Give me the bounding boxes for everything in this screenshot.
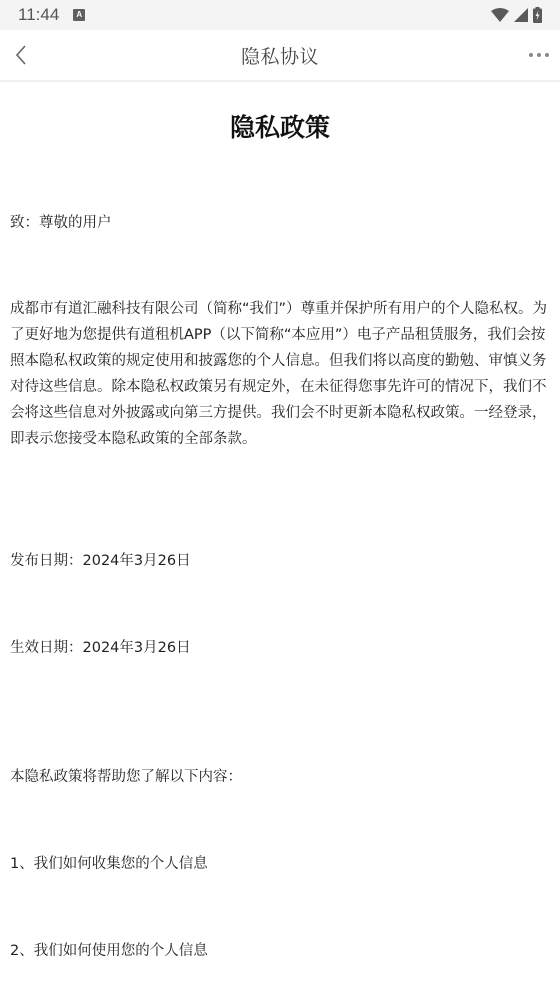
status-time: 11:44 bbox=[18, 5, 59, 25]
nav-bar: 隐私协议 bbox=[0, 30, 560, 82]
back-button[interactable] bbox=[12, 42, 32, 68]
page-title: 隐私协议 bbox=[241, 42, 319, 69]
document-title: 隐私政策 bbox=[0, 108, 560, 144]
wifi-icon bbox=[491, 8, 509, 22]
intro-paragraph: 成都市有道汇融科技有限公司（简称“我们”）尊重并保护所有用户的个人隐私权。为了更… bbox=[10, 296, 550, 452]
battery-charging-icon bbox=[533, 7, 542, 23]
toc-item: 1、我们如何收集您的个人信息 bbox=[10, 851, 550, 877]
signal-icon bbox=[514, 8, 528, 22]
more-button[interactable] bbox=[528, 48, 550, 62]
publish-date: 发布日期：2024年3月26日 bbox=[10, 548, 550, 574]
notification-a-icon: A bbox=[73, 9, 85, 21]
greeting: 致：尊敬的用户 bbox=[10, 210, 550, 236]
toc-item: 2、我们如何使用您的个人信息 bbox=[10, 938, 550, 964]
status-bar: 11:44 A bbox=[0, 0, 560, 30]
effective-date: 生效日期：2024年3月26日 bbox=[10, 635, 550, 661]
toc-intro: 本隐私政策将帮助您了解以下内容： bbox=[10, 764, 550, 790]
